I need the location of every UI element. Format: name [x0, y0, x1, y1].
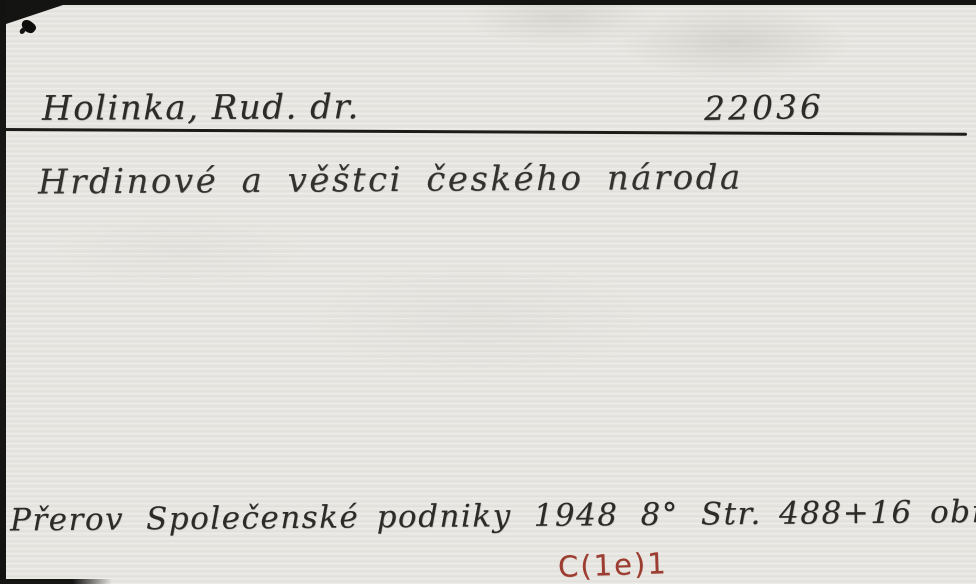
heading-rule-line [0, 128, 967, 136]
ink-blot-mark [19, 18, 38, 36]
imprint-place: Přerov [10, 501, 124, 538]
scan-edge-top [0, 0, 976, 5]
scan-edge-left [0, 0, 6, 584]
imprint-publisher: Společenské podniky [146, 498, 512, 537]
scan-edge-bottom-left [0, 579, 112, 584]
author-heading: Holinka, Rud. dr. [42, 87, 360, 129]
imprint-pagination: Str. 488+16 obr. l. [701, 494, 976, 533]
imprint-year: 1948 [533, 497, 618, 534]
call-number-annotation: C(1e)1 [557, 546, 668, 584]
imprint-line: Přerov Společenské podniky 1948 8° Str. … [10, 494, 976, 539]
imprint-format: 8° [640, 497, 679, 533]
title-line: Hrdinové a věštci českého národa [38, 158, 743, 203]
accession-number: 22036 [704, 87, 825, 128]
catalog-card-scan: Holinka, Rud. dr. 22036 Hrdinové a věštc… [0, 0, 976, 584]
